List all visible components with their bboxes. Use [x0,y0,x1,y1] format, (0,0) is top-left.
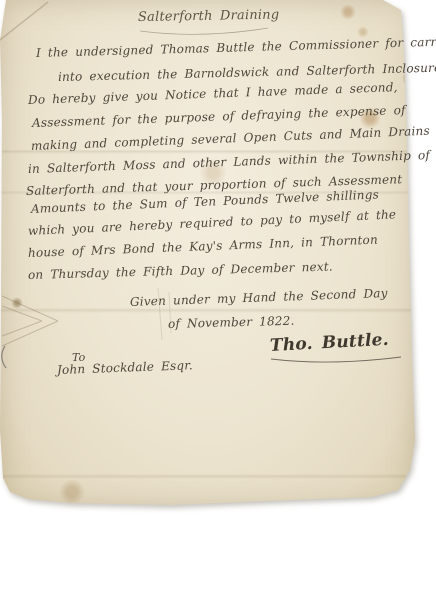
aged-paper-sheet [0,0,416,507]
paper-sheet-wrapper [0,0,418,508]
scanned-letter-page: Salterforth Draining I the undersigned T… [0,0,436,600]
